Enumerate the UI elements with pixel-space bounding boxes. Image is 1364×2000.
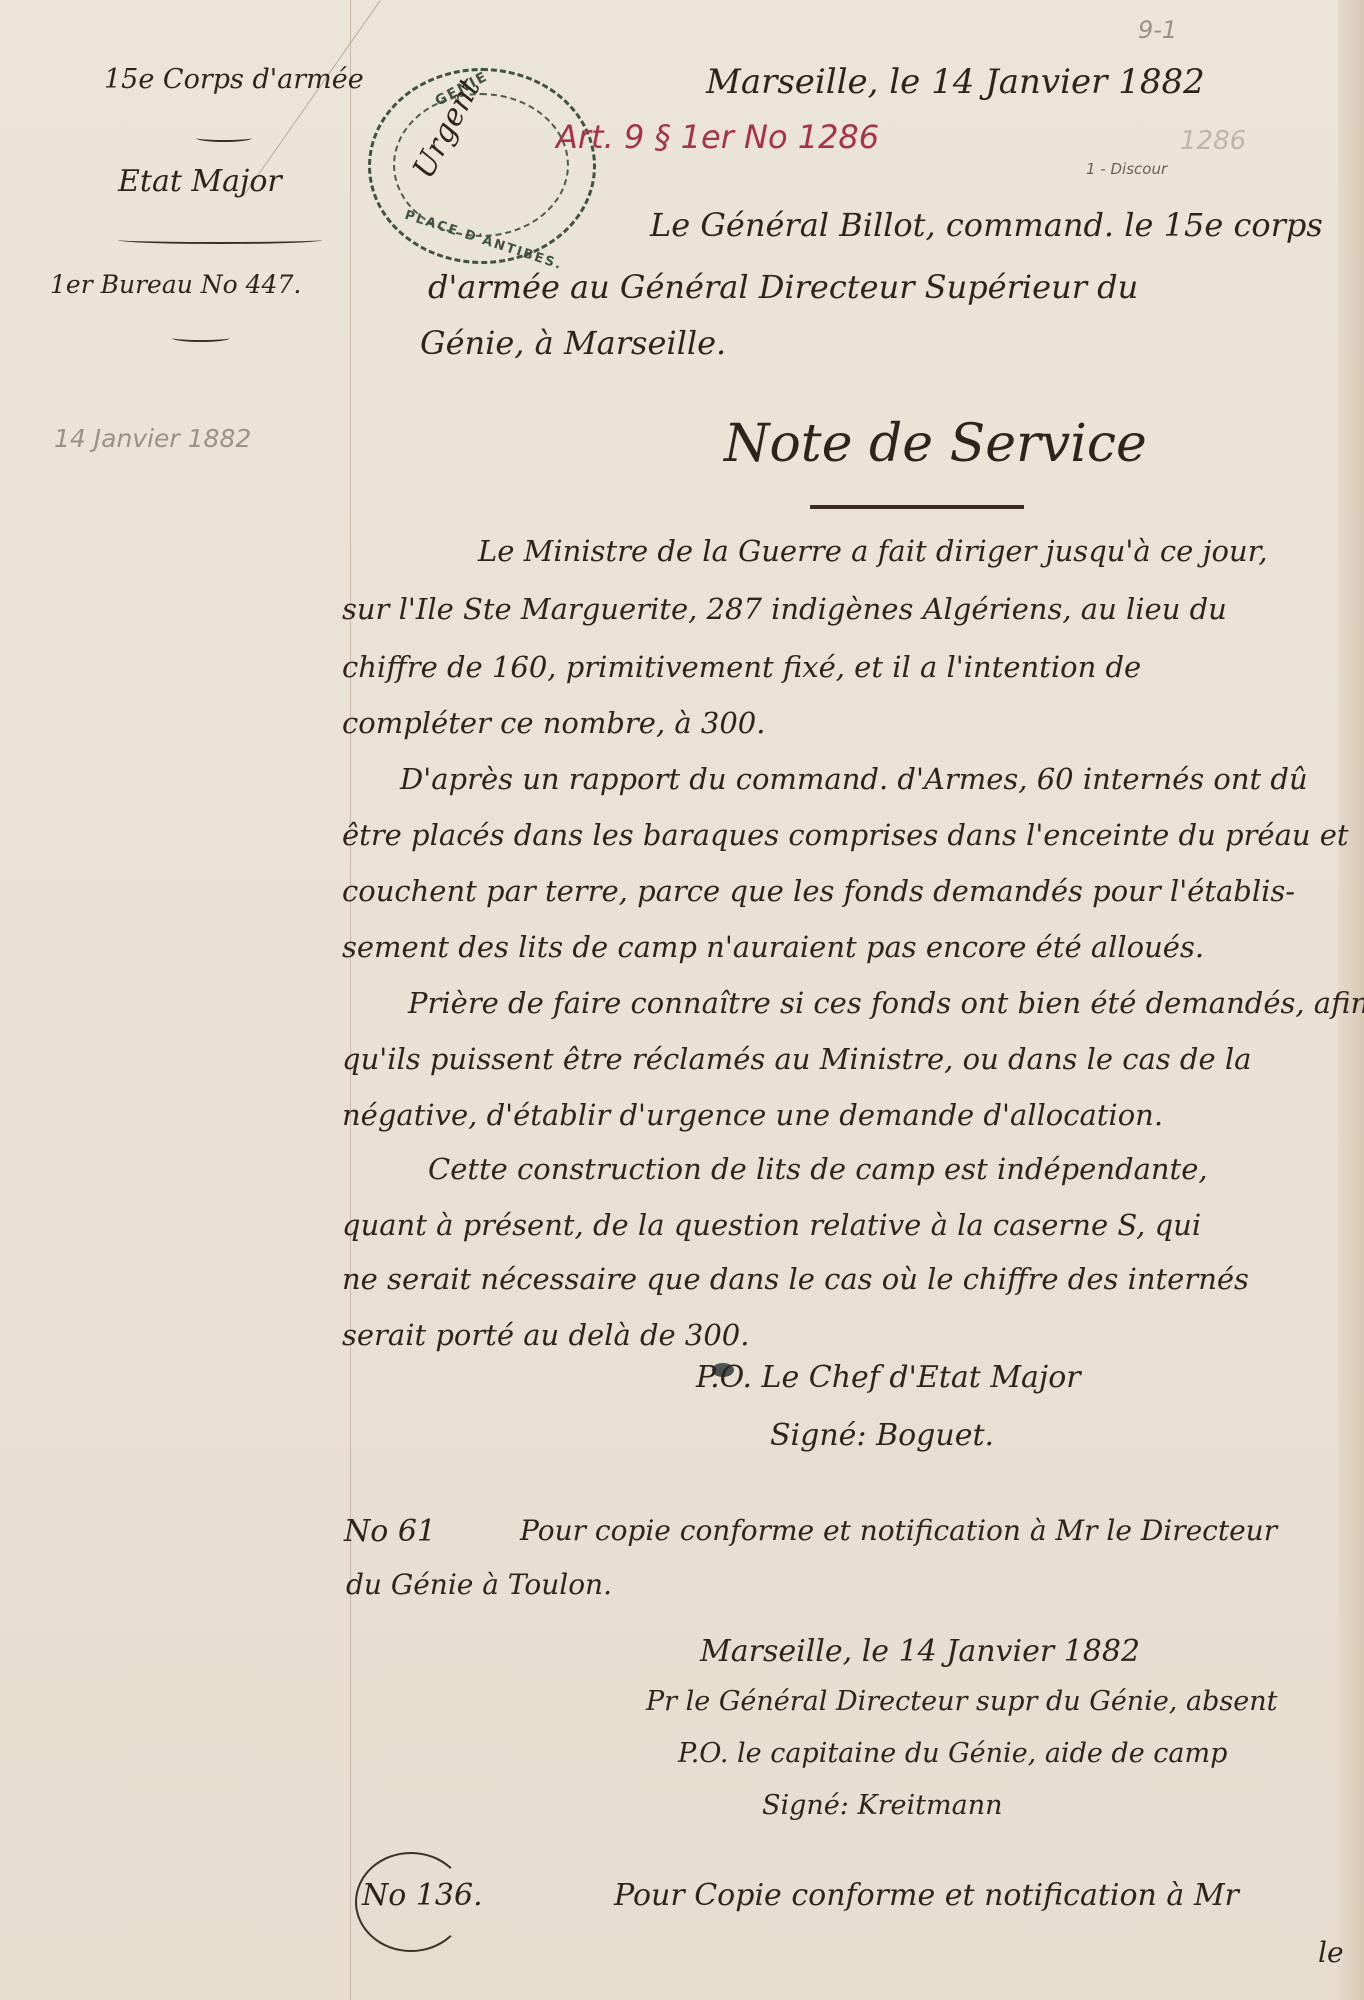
p1-line-1: Le Ministre de la Guerre a fait diriger … <box>478 534 1268 568</box>
pencil-reference: 1286 <box>1180 126 1246 156</box>
margin-flourish-1 <box>196 134 252 142</box>
signature1-line-2: Signé: Boguet. <box>770 1418 994 1453</box>
p4-line-2: quant à présent, de la question relative… <box>342 1208 1201 1242</box>
margin-pencil-date: 14 Janvier 1882 <box>54 424 251 453</box>
p4-line-4: serait porté au delà de 300. <box>342 1318 749 1352</box>
p1-line-4: compléter ce nombre, à 300. <box>342 706 765 740</box>
margin-flourish-3 <box>172 334 230 342</box>
endorsement1-place-date: Marseille, le 14 Janvier 1882 <box>700 1634 1140 1669</box>
endorsement1-sig-line-3: Signé: Kreitmann <box>762 1790 1002 1821</box>
p1-line-2: sur l'Ile Ste Marguerite, 287 indigènes … <box>342 592 1227 626</box>
address-line-3: Génie, à Marseille. <box>420 324 726 362</box>
p4-line-1: Cette construction de lits de camp est i… <box>428 1152 1208 1186</box>
p2-line-4: sement des lits de camp n'auraient pas e… <box>342 930 1204 964</box>
endorsement1-sig-line-2: P.O. le capitaine du Génie, aide de camp <box>678 1738 1227 1769</box>
endorsement1-number: No 61 <box>344 1514 436 1549</box>
genie-stamp: GENIE PLACE D'ANTIBES. Urgent <box>368 68 596 264</box>
place-date: Marseille, le 14 Janvier 1882 <box>706 62 1205 102</box>
signature1-line-1: P.O. Le Chef d'Etat Major <box>696 1360 1081 1395</box>
address-line-2: d'armée au Général Directeur Supérieur d… <box>428 268 1138 306</box>
endorsement2-line-2: le <box>1318 1936 1344 1969</box>
margin-etat-major: Etat Major <box>118 164 282 199</box>
p3-line-3: négative, d'établir d'urgence une demand… <box>342 1098 1163 1132</box>
address-line-1: Le Général Billot, command. le 15e corps <box>650 206 1323 244</box>
pencil-note: 1 - Discour <box>1086 160 1167 178</box>
p3-line-1: Prière de faire connaître si ces fonds o… <box>408 986 1364 1020</box>
red-reference: Art. 9 § 1er No 1286 <box>556 118 879 156</box>
endorsement1-line-2: du Génie à Toulon. <box>346 1568 612 1601</box>
margin-flourish-2 <box>118 236 322 244</box>
margin-rule <box>350 0 351 2000</box>
margin-corps: 15e Corps d'armée <box>104 64 364 95</box>
pencil-mark-top: 9-1 <box>1138 16 1177 44</box>
p3-line-2: qu'ils puissent être réclamés au Ministr… <box>342 1042 1251 1076</box>
document-title: Note de Service <box>724 414 1147 474</box>
endorsement2-number: No 136. <box>362 1878 483 1913</box>
title-rule <box>810 505 1024 509</box>
p4-line-3: ne serait nécessaire que dans le cas où … <box>342 1262 1249 1296</box>
endorsement2-line-1: Pour Copie conforme et notification à Mr <box>614 1878 1239 1913</box>
p1-line-3: chiffre de 160, primitivement fixé, et i… <box>342 650 1141 684</box>
p2-line-2: être placés dans les baraques comprises … <box>342 818 1349 852</box>
p2-line-3: couchent par terre, parce que les fonds … <box>342 874 1295 908</box>
p2-line-1: D'après un rapport du command. d'Armes, … <box>400 762 1308 796</box>
margin-bureau: 1er Bureau No 447. <box>50 270 301 299</box>
endorsement1-line-1: Pour copie conforme et notification à Mr… <box>520 1514 1277 1547</box>
endorsement1-sig-line-1: Pr le Général Directeur supr du Génie, a… <box>646 1686 1277 1717</box>
